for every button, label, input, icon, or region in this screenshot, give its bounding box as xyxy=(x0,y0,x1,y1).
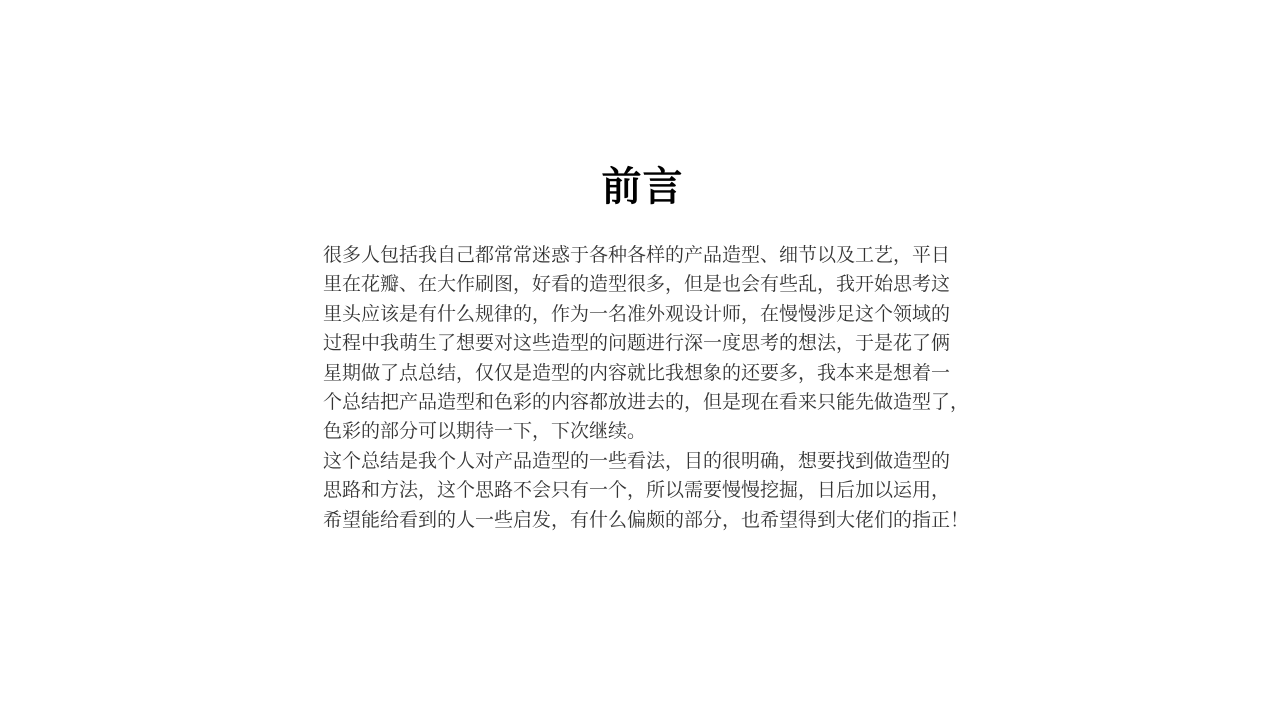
body-line: 过程中我萌生了想要对这些造型的问题进行深一度思考的想法，于是花了俩 xyxy=(323,329,963,358)
body-line: 希望能给看到的人一些启发，有什么偏颇的部分，也希望得到大佬们的指正！ xyxy=(323,506,963,535)
body-line: 思路和方法，这个思路不会只有一个，所以需要慢慢挖掘，日后加以运用， xyxy=(323,476,963,505)
body-line: 星期做了点总结，仅仅是造型的内容就比我想象的还要多，我本来是想着一 xyxy=(323,359,963,388)
slide-title: 前言 xyxy=(5,155,1275,212)
body-line: 很多人包括我自己都常常迷惑于各种各样的产品造型、细节以及工艺，平日 xyxy=(323,241,963,270)
body-line: 色彩的部分可以期待一下，下次继续。 xyxy=(323,417,963,446)
body-line: 里在花瓣、在大作刷图，好看的造型很多，但是也会有些乱，我开始思考这 xyxy=(323,270,963,299)
slide-body-text: 很多人包括我自己都常常迷惑于各种各样的产品造型、细节以及工艺，平日 里在花瓣、在… xyxy=(323,241,963,535)
body-line: 这个总结是我个人对产品造型的一些看法，目的很明确，想要找到做造型的 xyxy=(323,447,963,476)
body-line: 里头应该是有什么规律的，作为一名准外观设计师，在慢慢涉足这个领域的 xyxy=(323,300,963,329)
slide-canvas: 前言 很多人包括我自己都常常迷惑于各种各样的产品造型、细节以及工艺，平日 里在花… xyxy=(0,0,1275,715)
body-line: 个总结把产品造型和色彩的内容都放进去的，但是现在看来只能先做造型了， xyxy=(323,388,963,417)
